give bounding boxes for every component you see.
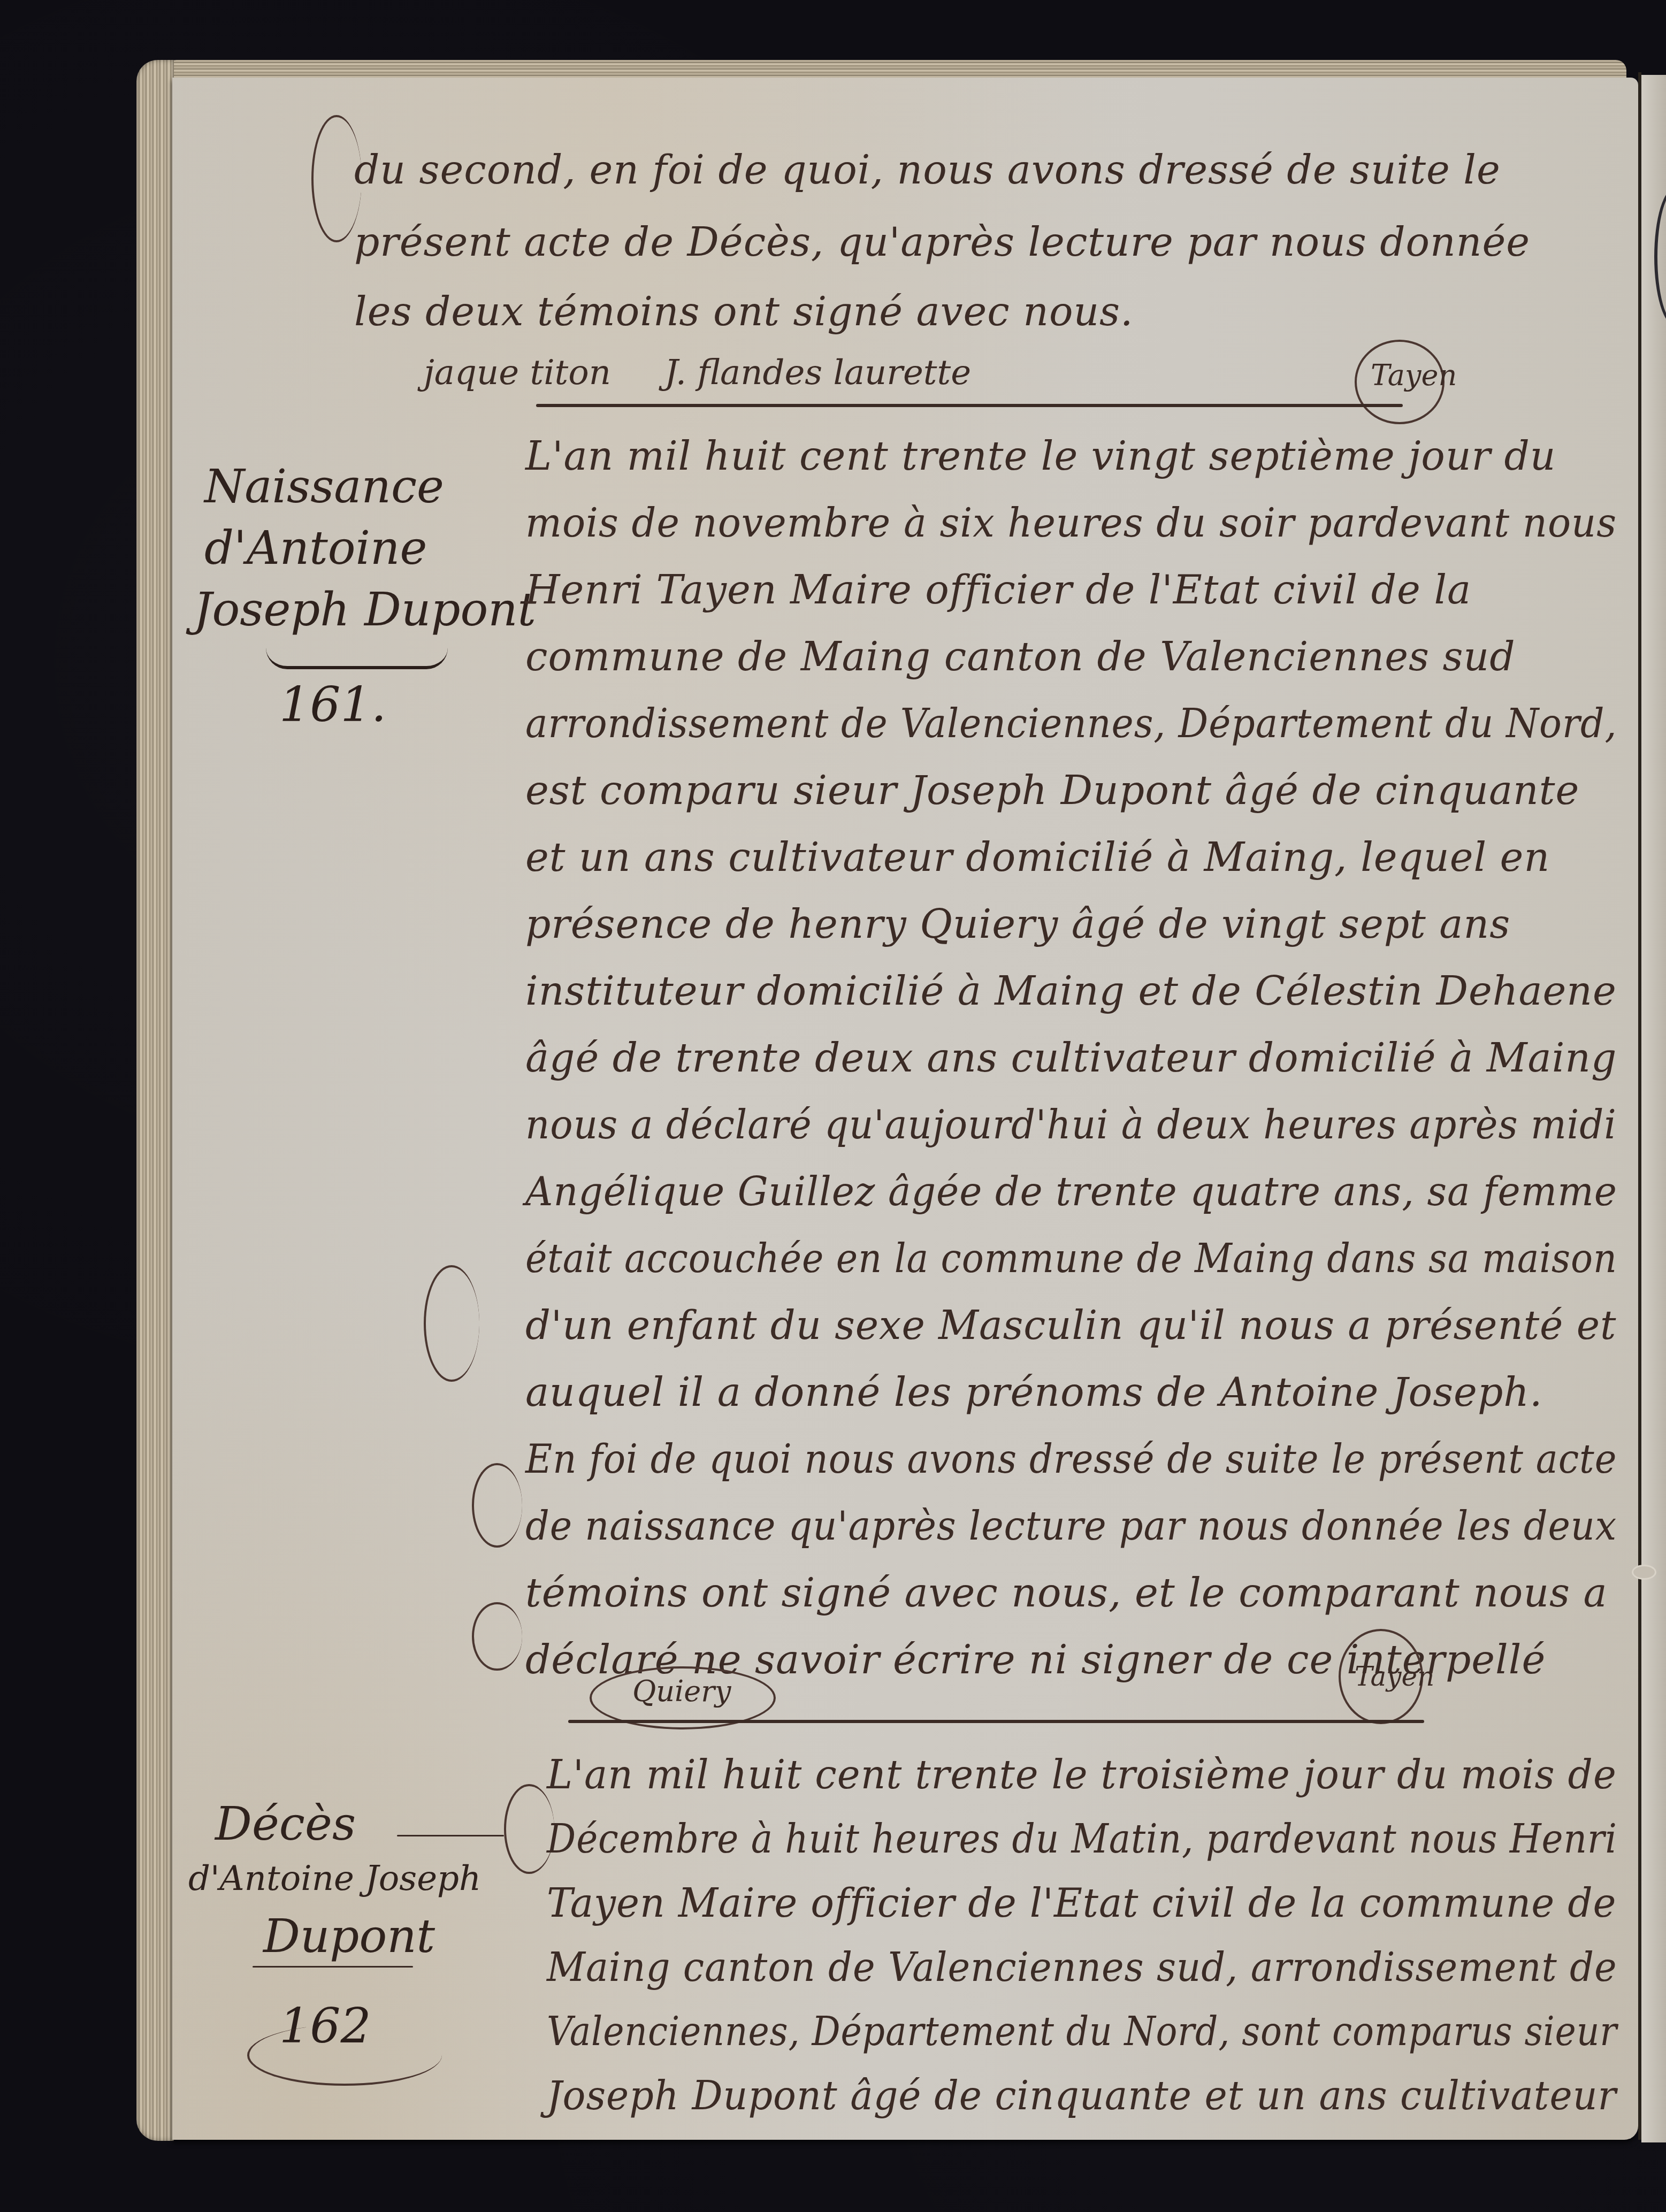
page-block-left-edge: [136, 60, 174, 2141]
text-line: présence de henry Quiery âgé de vingt se…: [525, 901, 1510, 947]
text-line: arrondissement de Valenciennes, Départem…: [525, 701, 1617, 747]
margin-subtitle: d'Antoine Joseph: [188, 1859, 481, 1899]
initial-flourish: [424, 1265, 479, 1382]
text-line: commune de Maing canton de Valenciennes …: [525, 634, 1516, 680]
record-divider: [568, 1720, 1424, 1723]
margin-title: Naissance: [204, 460, 444, 514]
text-line: témoins ont signé avec nous, et le compa…: [525, 1570, 1608, 1616]
signature-witness-2: J. flandes laurette: [664, 353, 971, 393]
facing-page-edge: [1641, 75, 1666, 2142]
record-number: 161.: [279, 677, 386, 733]
signature-witness: Quiery: [632, 1674, 731, 1708]
text-line: En foi de quoi nous avons dressé de suit…: [525, 1436, 1617, 1482]
initial-flourish: [472, 1602, 522, 1671]
signature-mayor: Tayen: [1355, 1661, 1434, 1692]
text-line: les deux témoins ont signé avec nous.: [354, 289, 1134, 335]
text-line: du second, en foi de quoi, nous avons dr…: [354, 147, 1501, 193]
margin-subtitle: Dupont: [263, 1910, 435, 1963]
signature-witness-1: jaque titon: [424, 353, 611, 393]
text-line: présent acte de Décès, qu'après lecture …: [354, 219, 1530, 265]
binding-stitch: [1632, 1565, 1656, 1580]
initial-flourish: [472, 1463, 522, 1548]
margin-dash: [397, 1835, 504, 1836]
text-line: Décembre à huit heures du Matin, pardeva…: [547, 1816, 1617, 1862]
text-line: L'an mil huit cent trente le vingt septi…: [525, 433, 1556, 479]
margin-underline-flourish: [266, 634, 448, 669]
text-line: Henri Tayen Maire officier de l'Etat civ…: [525, 567, 1471, 613]
number-underline-flourish: [247, 2025, 442, 2086]
text-line: est comparu sieur Joseph Dupont âgé de c…: [525, 768, 1579, 814]
text-line: était accouchée en la commune de Maing d…: [525, 1236, 1617, 1282]
text-line: mois de novembre à six heures du soir pa…: [525, 500, 1617, 546]
text-line: d'un enfant du sexe Masculin qu'il nous …: [525, 1303, 1616, 1349]
margin-subtitle: Joseph Dupont: [194, 583, 536, 637]
text-line: Angélique Guillez âgée de trente quatre …: [525, 1169, 1617, 1215]
text-line: âgé de trente deux ans cultivateur domic…: [525, 1035, 1617, 1081]
text-line: Valenciennes, Département du Nord, sont …: [547, 2009, 1617, 2055]
text-line: instituteur domicilié à Maing et de Céle…: [525, 968, 1617, 1014]
text-line: Tayen Maire officier de l'Etat civil de …: [547, 1880, 1617, 1926]
record-divider: [536, 404, 1403, 407]
margin-title: Décès: [215, 1797, 356, 1851]
text-line: Joseph Dupont âgé de cinquante et un ans…: [547, 2073, 1617, 2119]
signature-mayor: Tayen: [1371, 358, 1457, 392]
text-line: Maing canton de Valenciennes sud, arrond…: [547, 1945, 1617, 1991]
text-line: nous a déclaré qu'aujourd'hui à deux heu…: [525, 1102, 1617, 1148]
text-line: de naissance qu'après lecture par nous d…: [525, 1503, 1617, 1549]
margin-subtitle: d'Antoine: [204, 522, 427, 575]
register-page: du second, en foi de quoi, nous avons dr…: [172, 78, 1638, 2140]
text-line: et un ans cultivateur domicilié à Maing,…: [525, 835, 1550, 881]
text-line: L'an mil huit cent trente le troisième j…: [547, 1752, 1617, 1798]
text-line: auquel il a donné les prénoms de Antoine…: [525, 1369, 1542, 1415]
margin-underline-flourish: [253, 1966, 413, 1968]
